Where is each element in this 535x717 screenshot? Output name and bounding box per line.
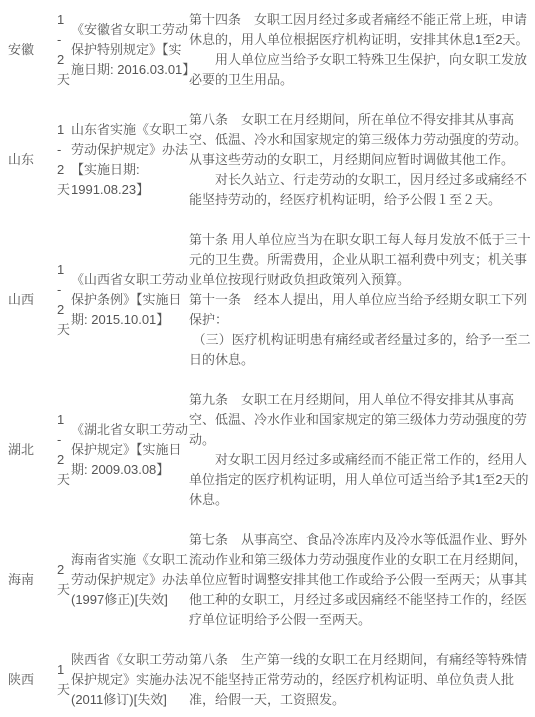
table-row: 山东 1 - 2 天 山东省实施《女职工劳动保护规定》办法【实施日期: 1991… bbox=[0, 100, 531, 220]
province-cell: 山西 bbox=[0, 220, 57, 380]
regulation-title-cell: 山东省实施《女职工劳动保护规定》办法【实施日期: 1991.08.23】 bbox=[71, 100, 189, 220]
province-cell: 湖北 bbox=[0, 380, 57, 520]
regulation-title-cell: 陕西省《女职工劳动保护规定》实施办法(2011修订)[失效] bbox=[71, 640, 189, 717]
regulation-detail-cell: 第七条 从事高空、食品冷冻库内及冷水等低温作业、野外流动作业和第三级体力劳动强度… bbox=[189, 520, 531, 640]
leave-days-cell: 1 - 2 天 bbox=[57, 0, 71, 100]
province-cell: 海南 bbox=[0, 520, 57, 640]
regulation-detail-cell: 第十条 用人单位应当为在职女职工每人每月发放不低于三十元的卫生费。所需费用，企业… bbox=[189, 220, 531, 380]
province-cell: 安徽 bbox=[0, 0, 57, 100]
menstrual-leave-policy-table: 安徽 1 - 2 天 《安徽省女职工劳动保护特别规定》【实施日期: 2016.0… bbox=[0, 0, 531, 717]
table-row: 陕西 1 天 陕西省《女职工劳动保护规定》实施办法(2011修订)[失效] 第八… bbox=[0, 640, 531, 717]
leave-days-cell: 1 天 bbox=[57, 640, 71, 717]
table-row: 海南 2 天 海南省实施《女职工劳动保护规定》办法(1997修正)[失效] 第七… bbox=[0, 520, 531, 640]
regulation-detail-cell: 第九条 女职工在月经期间，用人单位不得安排其从事高空、低温、冷水作业和国家规定的… bbox=[189, 380, 531, 520]
regulation-title-cell: 海南省实施《女职工劳动保护规定》办法(1997修正)[失效] bbox=[71, 520, 189, 640]
regulation-detail-cell: 第八条 生产第一线的女职工在月经期间，有痛经等特殊情况不能坚持正常劳动的，经医疗… bbox=[189, 640, 531, 717]
leave-days-cell: 1 - 2 天 bbox=[57, 220, 71, 380]
regulation-detail-cell: 第十四条 女职工因月经过多或者痛经不能正常上班，申请休息的，用人单位根据医疗机构… bbox=[189, 0, 531, 100]
province-cell: 陕西 bbox=[0, 640, 57, 717]
regulation-title-cell: 《湖北省女职工劳动保护规定》【实施日期: 2009.03.08】 bbox=[71, 380, 189, 520]
regulation-title-cell: 《山西省女职工劳动保护条例》【实施日期: 2015.10.01】 bbox=[71, 220, 189, 380]
table-row: 湖北 1 - 2 天 《湖北省女职工劳动保护规定》【实施日期: 2009.03.… bbox=[0, 380, 531, 520]
table-row: 山西 1 - 2 天 《山西省女职工劳动保护条例》【实施日期: 2015.10.… bbox=[0, 220, 531, 380]
regulation-title-cell: 《安徽省女职工劳动保护特别规定》【实施日期: 2016.03.01】 bbox=[71, 0, 189, 100]
province-cell: 山东 bbox=[0, 100, 57, 220]
table-row: 安徽 1 - 2 天 《安徽省女职工劳动保护特别规定》【实施日期: 2016.0… bbox=[0, 0, 531, 100]
leave-days-cell: 1 - 2 天 bbox=[57, 100, 71, 220]
leave-days-cell: 1 - 2 天 bbox=[57, 380, 71, 520]
leave-days-cell: 2 天 bbox=[57, 520, 71, 640]
regulation-detail-cell: 第八条 女职工在月经期间，所在单位不得安排其从事高空、低温、冷水和国家规定的第三… bbox=[189, 100, 531, 220]
